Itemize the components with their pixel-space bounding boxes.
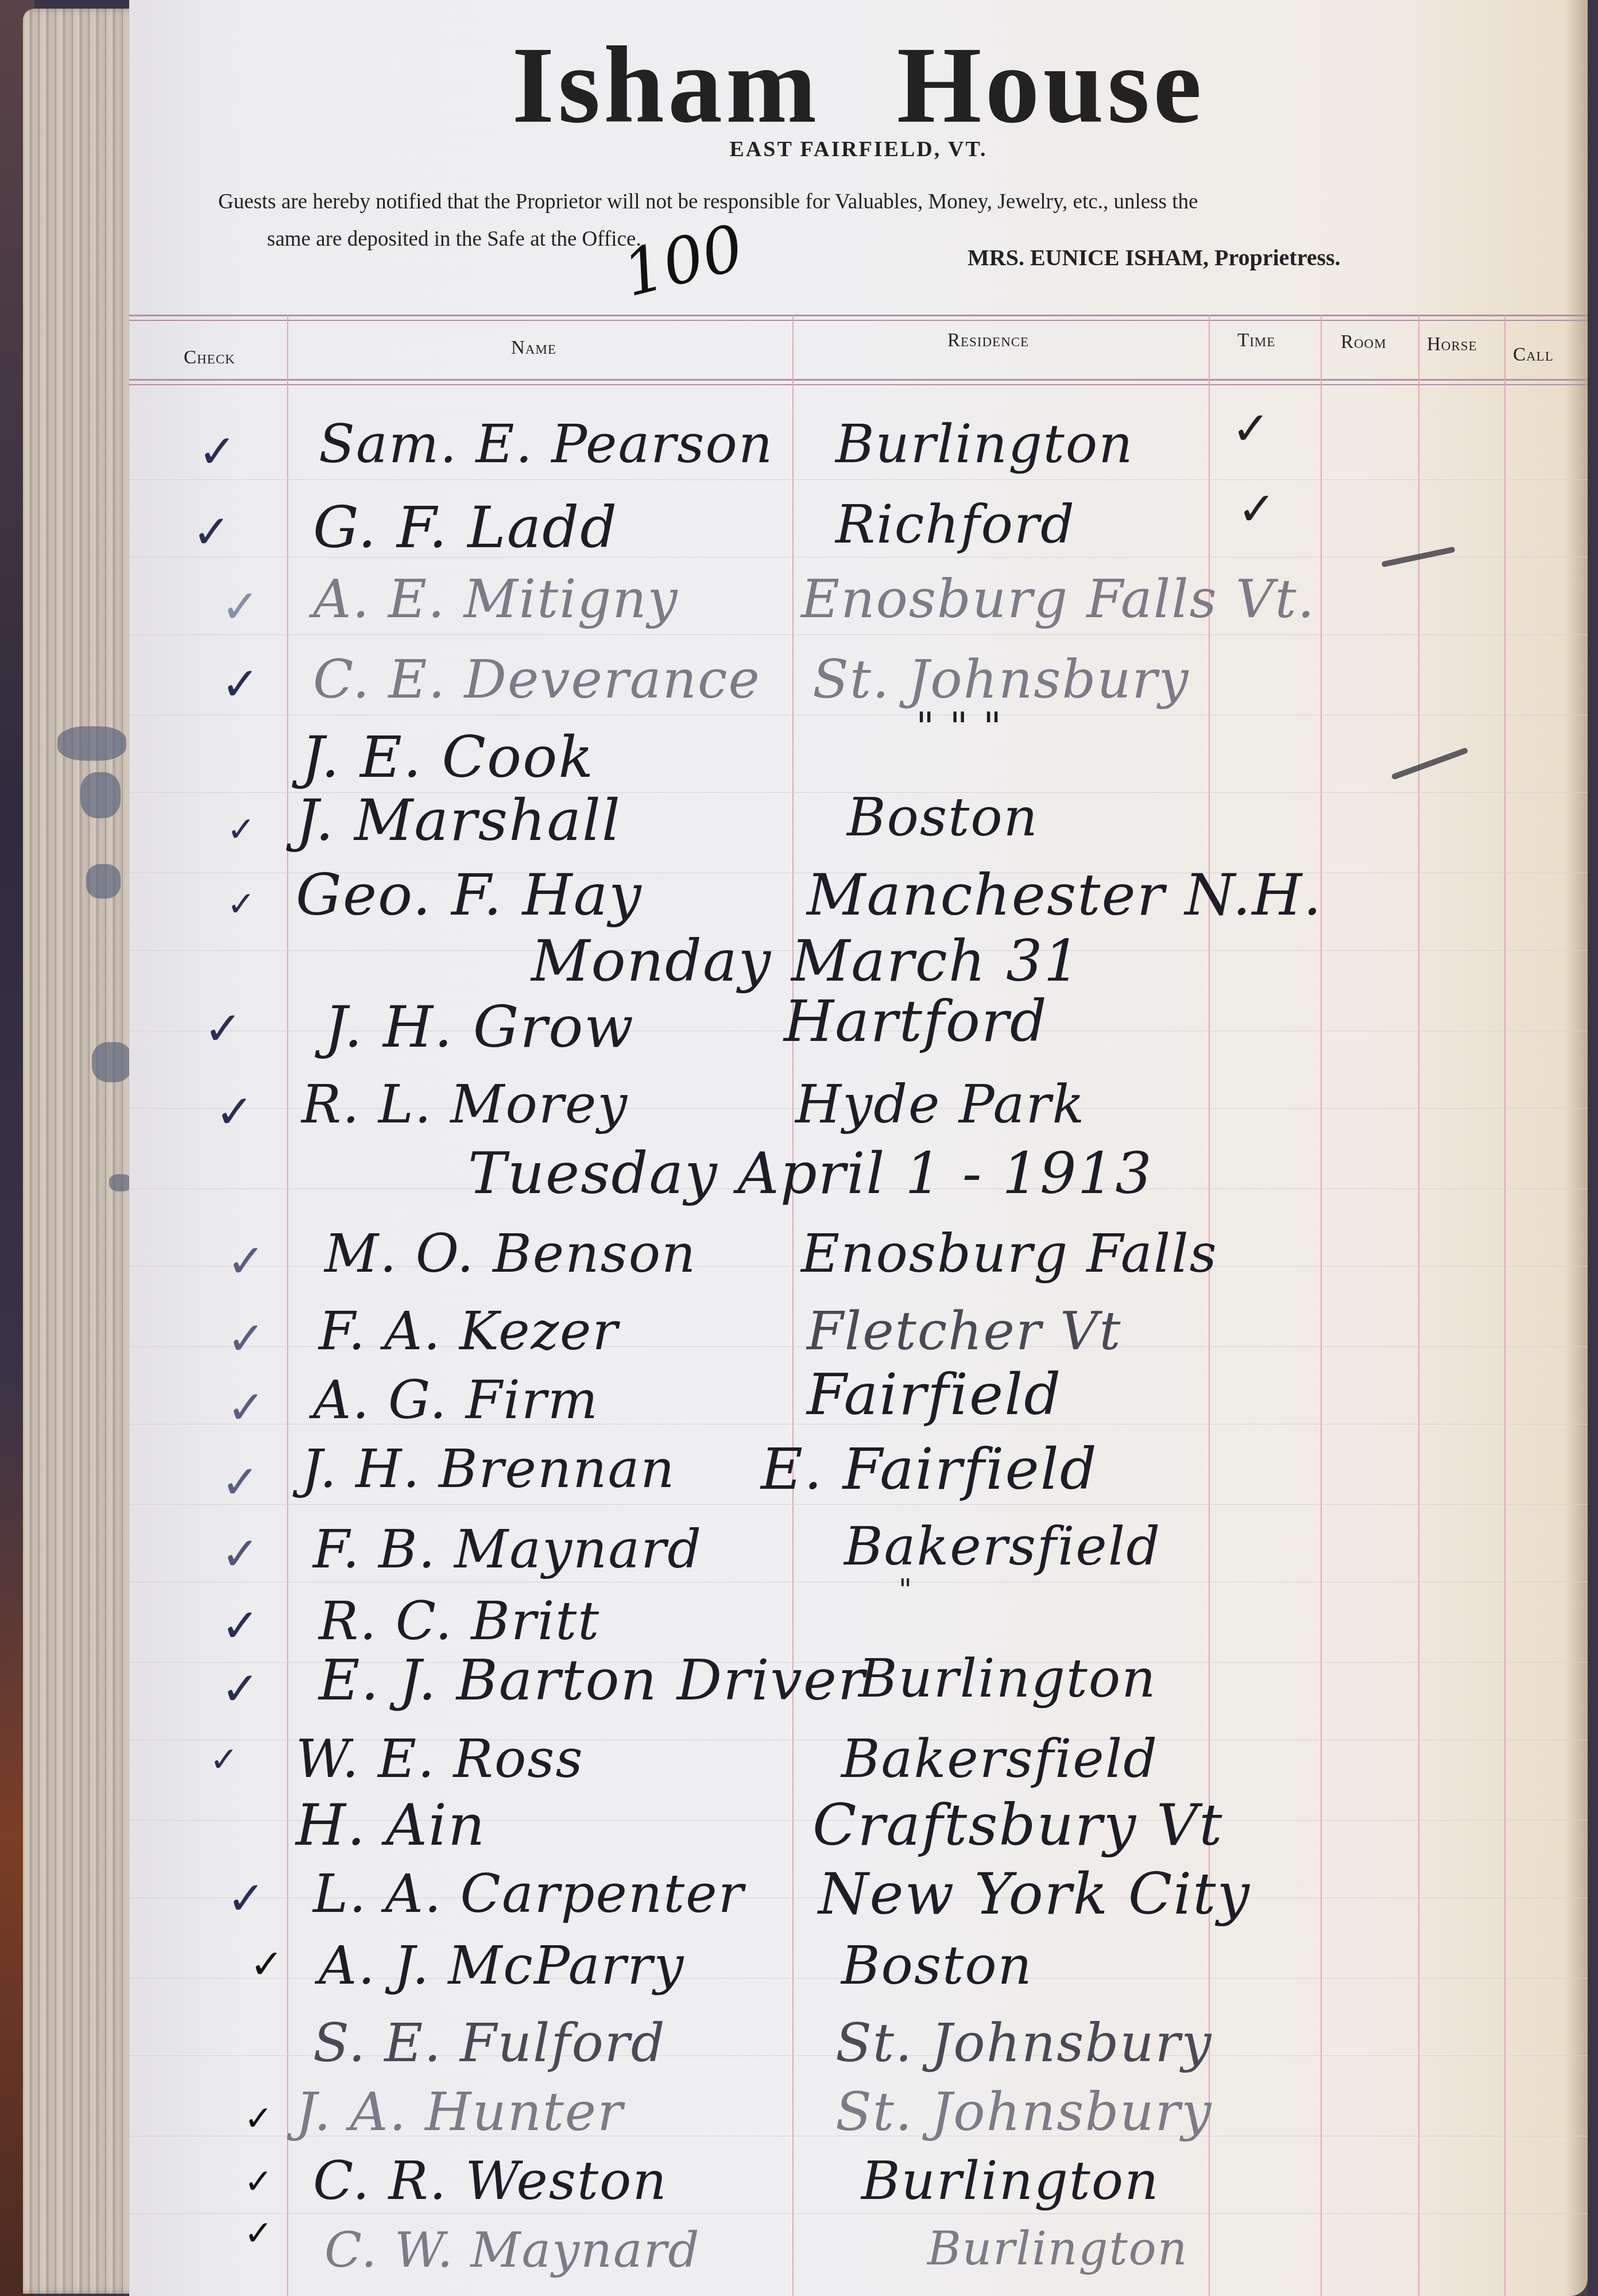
hotel-title: Isham House	[129, 23, 1588, 148]
guest-residence: New York City	[818, 1860, 1251, 1927]
guest-residence: St. Johnsbury	[835, 2012, 1213, 2074]
proprietress-line: MRS. EUNICE ISHAM, Proprietress.	[968, 244, 1341, 271]
ink-stain	[86, 864, 121, 899]
guest-residence: Hartford	[784, 988, 1048, 1055]
guest-residence: St. Johnsbury	[835, 2081, 1213, 2143]
check-mark: ✓	[244, 2213, 273, 2254]
check-mark: ✓	[221, 1599, 260, 1652]
guest-name: M. O. Benson	[324, 1223, 697, 1284]
check-mark: ✓	[244, 2162, 273, 2202]
guest-residence: Fairfield	[807, 1361, 1062, 1428]
page-stack-edge	[23, 9, 138, 2294]
column-header-name: Name	[511, 338, 556, 359]
check-mark: ✓	[221, 580, 260, 633]
check-mark: ✓	[221, 657, 260, 711]
guest-residence: Enosburg Falls	[801, 1223, 1218, 1284]
check-mark: ✓	[204, 1002, 242, 1055]
guest-name: R. C. Britt	[319, 1590, 600, 1652]
row-rule	[129, 2213, 1588, 2214]
column-header-check: Check	[184, 347, 235, 369]
check-mark: ✓	[250, 1941, 284, 1988]
check-mark: ✓	[221, 1527, 260, 1581]
guest-name: L. A. Carpenter	[313, 1863, 745, 1925]
column-header-room: Room	[1341, 332, 1387, 353]
guest-name: J. H. Grow	[324, 993, 634, 1060]
column-header-horse: Horse	[1427, 334, 1477, 355]
check-mark: ✓	[221, 1455, 260, 1509]
guest-residence: Burlington	[927, 2222, 1188, 2275]
guest-name: J. H. Brennan	[301, 1438, 676, 1500]
page-curl-shadow	[1565, 0, 1588, 2296]
time-check-mark: ✓	[1237, 482, 1276, 536]
guest-residence: Burlington	[835, 413, 1133, 475]
check-mark: ✓	[227, 1872, 265, 1925]
guest-name: J. E. Cook	[301, 723, 594, 791]
guest-residence: St. Johnsbury	[812, 649, 1190, 710]
column-divider	[1321, 315, 1322, 2296]
ink-stain	[57, 726, 126, 761]
row-rule	[129, 479, 1588, 480]
check-mark: ✓	[198, 425, 237, 478]
column-header-residence: Residence	[947, 330, 1029, 351]
check-mark: ✓	[210, 1740, 238, 1780]
guest-residence: Burlington	[858, 1648, 1156, 1709]
guest-name: Geo. F. Hay	[296, 861, 643, 928]
guest-residence: E. Fairfield	[761, 1435, 1098, 1503]
guest-name: G. F. Ladd	[313, 494, 618, 561]
guest-name: E. J. Barton Driver	[319, 1648, 866, 1713]
time-check-mark: ✓	[1232, 402, 1270, 455]
ink-stain	[109, 1174, 132, 1191]
guest-name: W. E. Ross	[296, 1728, 584, 1790]
page-number-annotation: 100	[616, 211, 751, 311]
column-header-call: Call	[1513, 344, 1554, 366]
guest-residence: Hyde Park	[795, 1074, 1085, 1135]
guest-residence: Manchester N.H.	[807, 861, 1322, 928]
column-header-time: Time	[1237, 330, 1275, 351]
guest-residence-ditto: "	[899, 1573, 913, 1606]
guest-name: C. R. Weston	[313, 2150, 668, 2212]
guest-name: H. Ain	[296, 1791, 486, 1859]
notice-text-line-2: same are deposited in the Safe at the Of…	[267, 227, 641, 251]
guest-residence: Fletcher Vt	[807, 1300, 1122, 1362]
header-top-rule	[129, 315, 1588, 321]
guest-name: S. E. Fulford	[313, 2012, 666, 2074]
column-divider	[1418, 315, 1419, 2296]
horse-dash	[1391, 747, 1469, 780]
guest-residence: Boston	[841, 1935, 1033, 1996]
guest-name: J. A. Hunter	[296, 2081, 624, 2143]
check-mark: ✓	[227, 1312, 265, 1365]
guest-residence: Burlington	[861, 2150, 1159, 2212]
register-page: Isham House EAST FAIRFIELD, VT. Guests a…	[129, 0, 1588, 2296]
guest-residence: Richford	[835, 494, 1075, 555]
check-mark: ✓	[227, 1381, 265, 1434]
header-bottom-rule	[129, 379, 1588, 385]
check-mark: ✓	[227, 1234, 265, 1288]
guest-name: R. L. Morey	[301, 1074, 628, 1135]
column-divider	[1504, 315, 1506, 2296]
date-heading: Tuesday April 1 - 1913	[468, 1140, 1153, 1207]
guest-residence: Bakersfield	[841, 1728, 1158, 1790]
row-rule	[129, 715, 1588, 715]
hotel-location: EAST FAIRFIELD, VT.	[129, 137, 1588, 162]
row-rule	[129, 634, 1588, 635]
row-rule	[129, 1504, 1588, 1505]
guest-name: A. J. McParry	[319, 1935, 684, 1996]
check-mark: ✓	[221, 1662, 260, 1716]
date-heading: Monday March 31	[531, 927, 1081, 994]
ink-stain	[92, 1042, 132, 1082]
check-mark: ✓	[227, 884, 256, 924]
column-divider	[287, 315, 288, 2296]
guest-name: F. A. Kezer	[319, 1300, 619, 1362]
notice-text-line-1: Guests are hereby notified that the Prop…	[218, 189, 1198, 214]
guest-name: A. E. Mitigny	[313, 568, 679, 630]
guest-name: F. B. Maynard	[313, 1519, 702, 1580]
check-mark: ✓	[215, 1085, 254, 1139]
guest-residence: Boston	[847, 787, 1039, 848]
check-mark: ✓	[192, 505, 231, 559]
check-mark: ✓	[227, 810, 256, 850]
row-rule	[129, 1582, 1588, 1582]
guest-residence: Bakersfield	[844, 1516, 1161, 1577]
guest-name: C. W. Maynard	[324, 2222, 701, 2279]
ink-stain	[80, 772, 121, 818]
guest-residence-ditto: " " "	[916, 703, 1003, 750]
guest-name: J. Marshall	[296, 787, 621, 854]
check-mark: ✓	[244, 2098, 273, 2139]
column-divider	[792, 315, 794, 2296]
guest-name: C. E. Deverance	[313, 649, 761, 710]
guest-residence: Enosburg Falls Vt.	[801, 568, 1315, 630]
guest-residence: Craftsbury Vt	[812, 1791, 1223, 1859]
guest-name: A. G. Firm	[313, 1369, 599, 1431]
guest-name: Sam. E. Pearson	[319, 413, 773, 475]
